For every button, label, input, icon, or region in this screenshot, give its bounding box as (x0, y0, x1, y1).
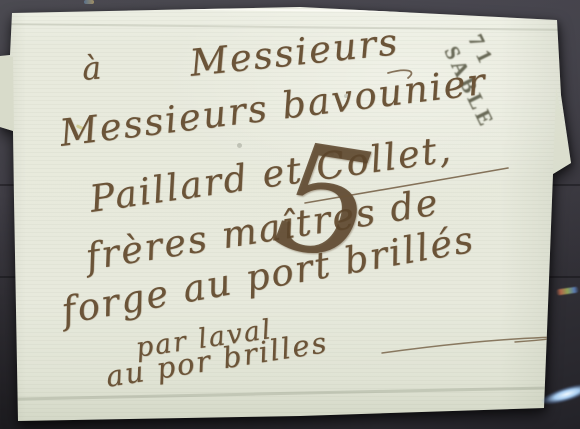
paper-crease (10, 23, 558, 31)
paper-crease (10, 386, 555, 400)
paper-stain (237, 143, 242, 148)
letter-photo: 71 SABLE à Messieurs Messieurs bavounier… (0, 0, 580, 429)
paper-edge-highlight (12, 6, 558, 14)
letter-shadow-wrap: 71 SABLE à Messieurs Messieurs bavounier… (0, 0, 580, 429)
address-salutation: à (80, 48, 104, 88)
letter-sheet: 71 SABLE à Messieurs Messieurs bavounier… (0, 0, 580, 429)
